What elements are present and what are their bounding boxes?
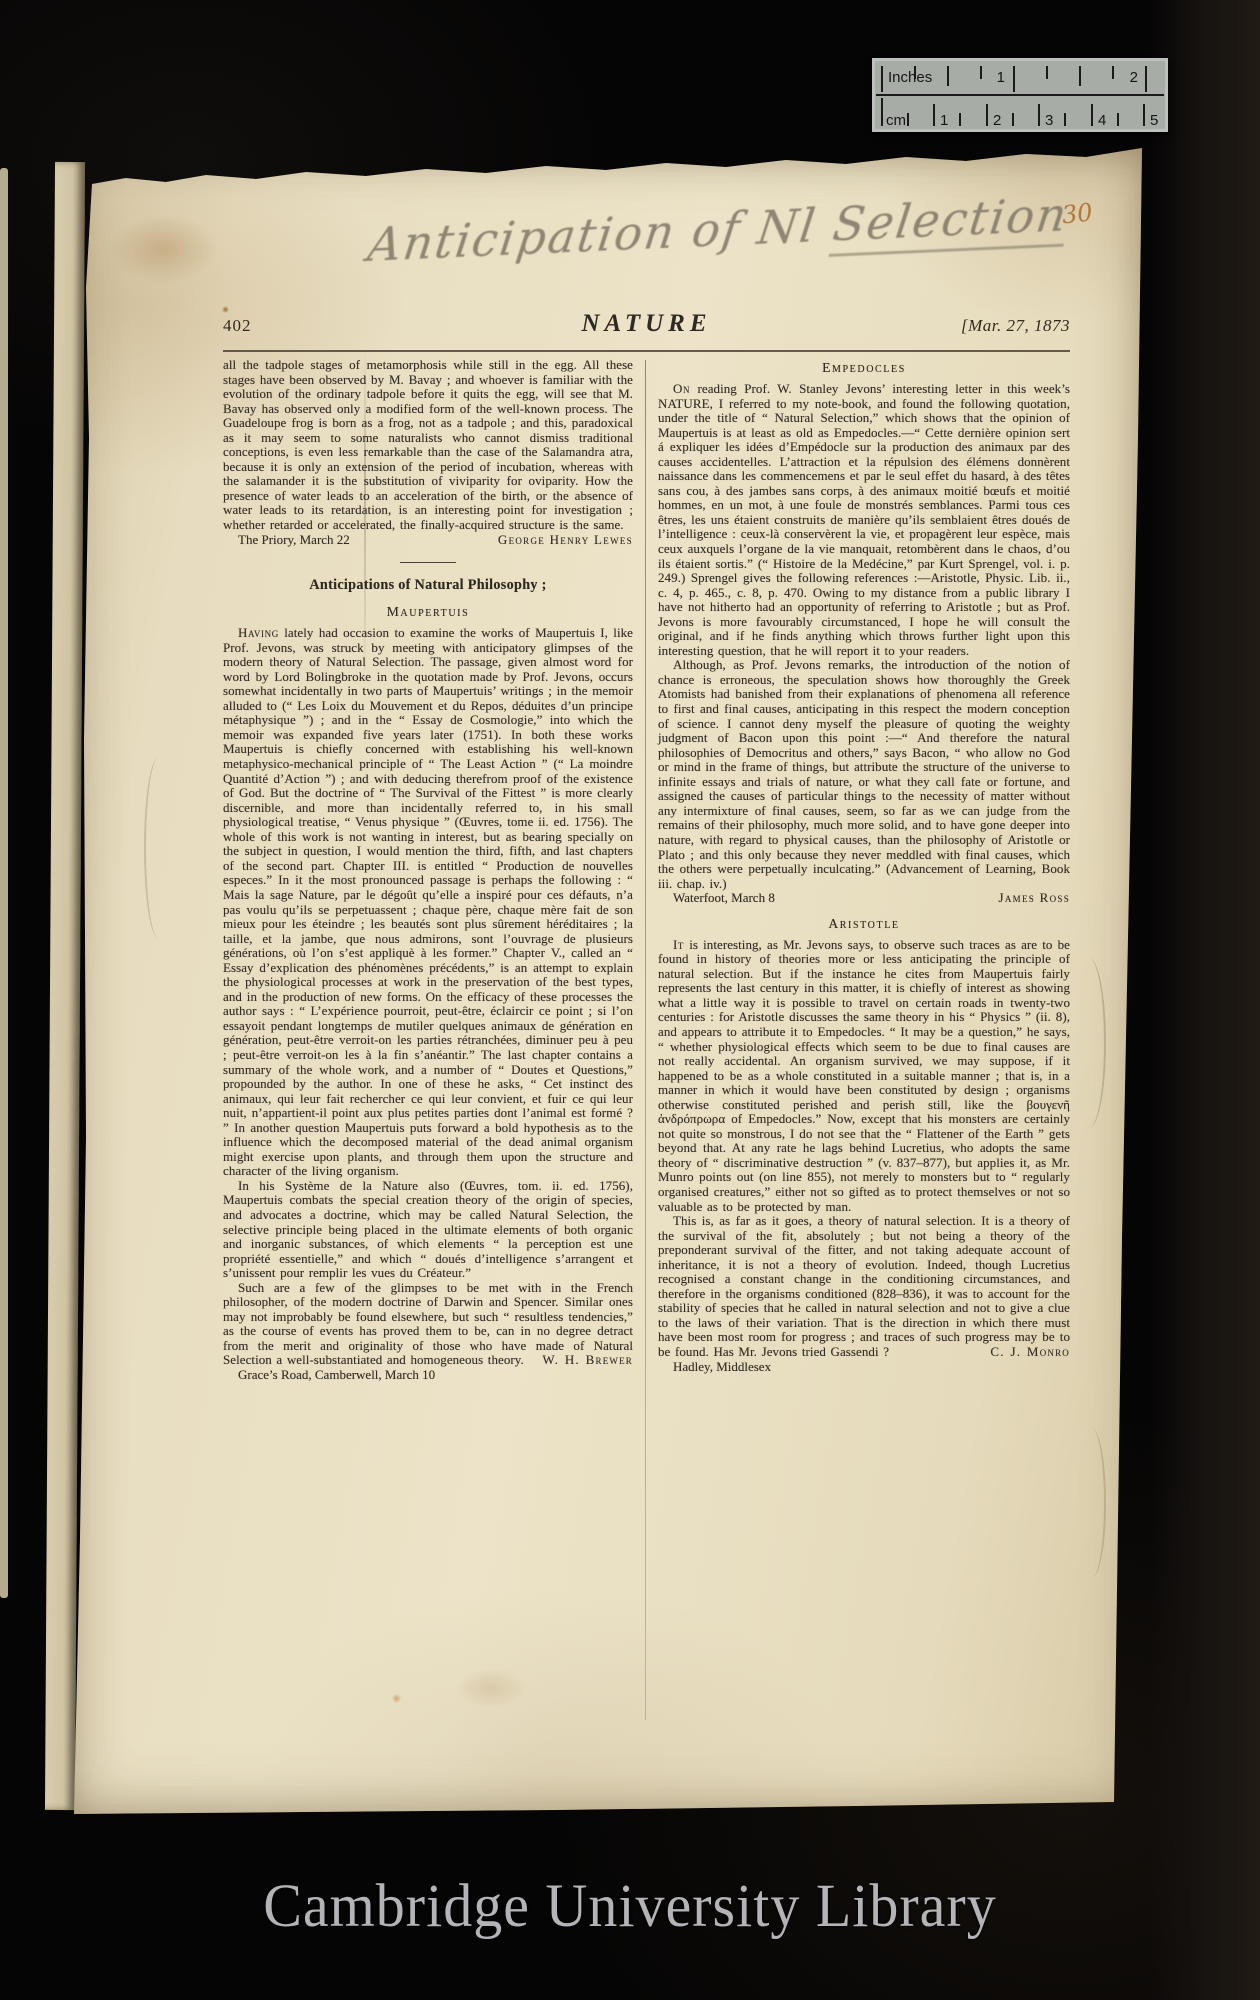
section-heading: Empedocles xyxy=(658,360,1070,376)
ruler-cm-3: 3 xyxy=(1045,112,1053,129)
address-date: Waterfoot, March 8 xyxy=(673,891,775,906)
paragraph: It is interesting, as Mr. Jevons says, t… xyxy=(658,938,1070,1214)
pencil-margin-mark xyxy=(1078,958,1106,1128)
ruler-cm-4: 4 xyxy=(1098,112,1106,129)
section-heading: Aristotle xyxy=(658,916,1070,932)
paragraph-lead-word: Having xyxy=(238,625,279,640)
masthead: 402 NATURE [Mar. 27, 1873 xyxy=(223,296,1070,340)
address-line: Hadley, Middlesex xyxy=(658,1360,1070,1375)
ruler-inch-2: 2 xyxy=(1130,69,1138,86)
author-signature: James Ross xyxy=(999,891,1071,906)
pencil-corner-mark: 30 xyxy=(1061,198,1094,229)
byline: Waterfoot, March 8James Ross xyxy=(658,891,1070,906)
left-column: all the tadpole stages of metamorphosis … xyxy=(223,358,633,1383)
paper-stain xyxy=(456,1668,526,1708)
section-heading: Maupertuis xyxy=(223,604,633,620)
paragraph: This is, as far as it goes, a theory of … xyxy=(658,1214,1070,1359)
paragraph: Such are a few of the glimpses to be met… xyxy=(223,1281,633,1368)
paragraph: Although, as Prof. Jevons remarks, the i… xyxy=(658,658,1070,891)
section-divider xyxy=(400,562,456,563)
paragraph: On reading Prof. W. Stanley Jevons’ inte… xyxy=(658,382,1070,658)
paragraph-lead-word: On xyxy=(673,381,690,396)
article-title: Anticipations of Natural Philosophy ; xyxy=(223,577,633,594)
issue-date: [Mar. 27, 1873 xyxy=(961,316,1070,336)
byline: The Priory, March 22George Henry Lewes xyxy=(223,533,633,548)
ruler-cm-1: 1 xyxy=(940,112,948,129)
paragraph: Having lately had occasion to examine th… xyxy=(223,626,633,1179)
book-edge-shadow xyxy=(1150,0,1260,2000)
column-divider-rule xyxy=(645,360,646,1720)
journal-page: Anticipation of Nl Selection 30 402 NATU… xyxy=(56,138,1152,1818)
author-signature: W. H. Brewer xyxy=(542,1353,633,1368)
journal-title: NATURE xyxy=(223,310,1070,338)
pencil-annotation: Anticipation of Nl Selection xyxy=(365,190,1012,272)
ruler-inch-1: 1 xyxy=(997,69,1005,86)
ruler: Inches 1 2 cm 1 2 3 4 5 xyxy=(872,58,1168,132)
author-signature: George Henry Lewes xyxy=(498,533,633,548)
ruler-cm-5: 5 xyxy=(1150,112,1158,129)
paragraph-lead-word: It xyxy=(673,937,684,952)
right-column: EmpedoclesOn reading Prof. W. Stanley Je… xyxy=(658,358,1070,1374)
pencil-margin-mark xyxy=(144,758,168,938)
header-rule xyxy=(223,350,1070,352)
facing-page-edge xyxy=(0,168,8,1598)
ruler-inches-label: Inches xyxy=(888,69,932,86)
address-line: Grace’s Road, Camberwell, March 10 xyxy=(223,1368,633,1383)
library-caption: Cambridge University Library xyxy=(0,1870,1260,1941)
pencil-margin-mark xyxy=(1082,1428,1106,1578)
ruler-cm-label: cm xyxy=(886,112,906,129)
ruler-cm-2: 2 xyxy=(993,112,1001,129)
paragraph: In his Système de la Nature also (Œuvres… xyxy=(223,1179,633,1281)
pencil-annotation-text: Anticipation of Nl xyxy=(365,197,837,272)
paper-spot xyxy=(392,1694,401,1703)
paper-stain xyxy=(108,214,218,284)
author-signature: C. J. Monro xyxy=(990,1345,1070,1360)
continued-paragraph: all the tadpole stages of metamorphosis … xyxy=(223,358,633,533)
address-date: The Priory, March 22 xyxy=(238,533,350,548)
pencil-annotation-underlined: Selection xyxy=(829,187,1072,257)
